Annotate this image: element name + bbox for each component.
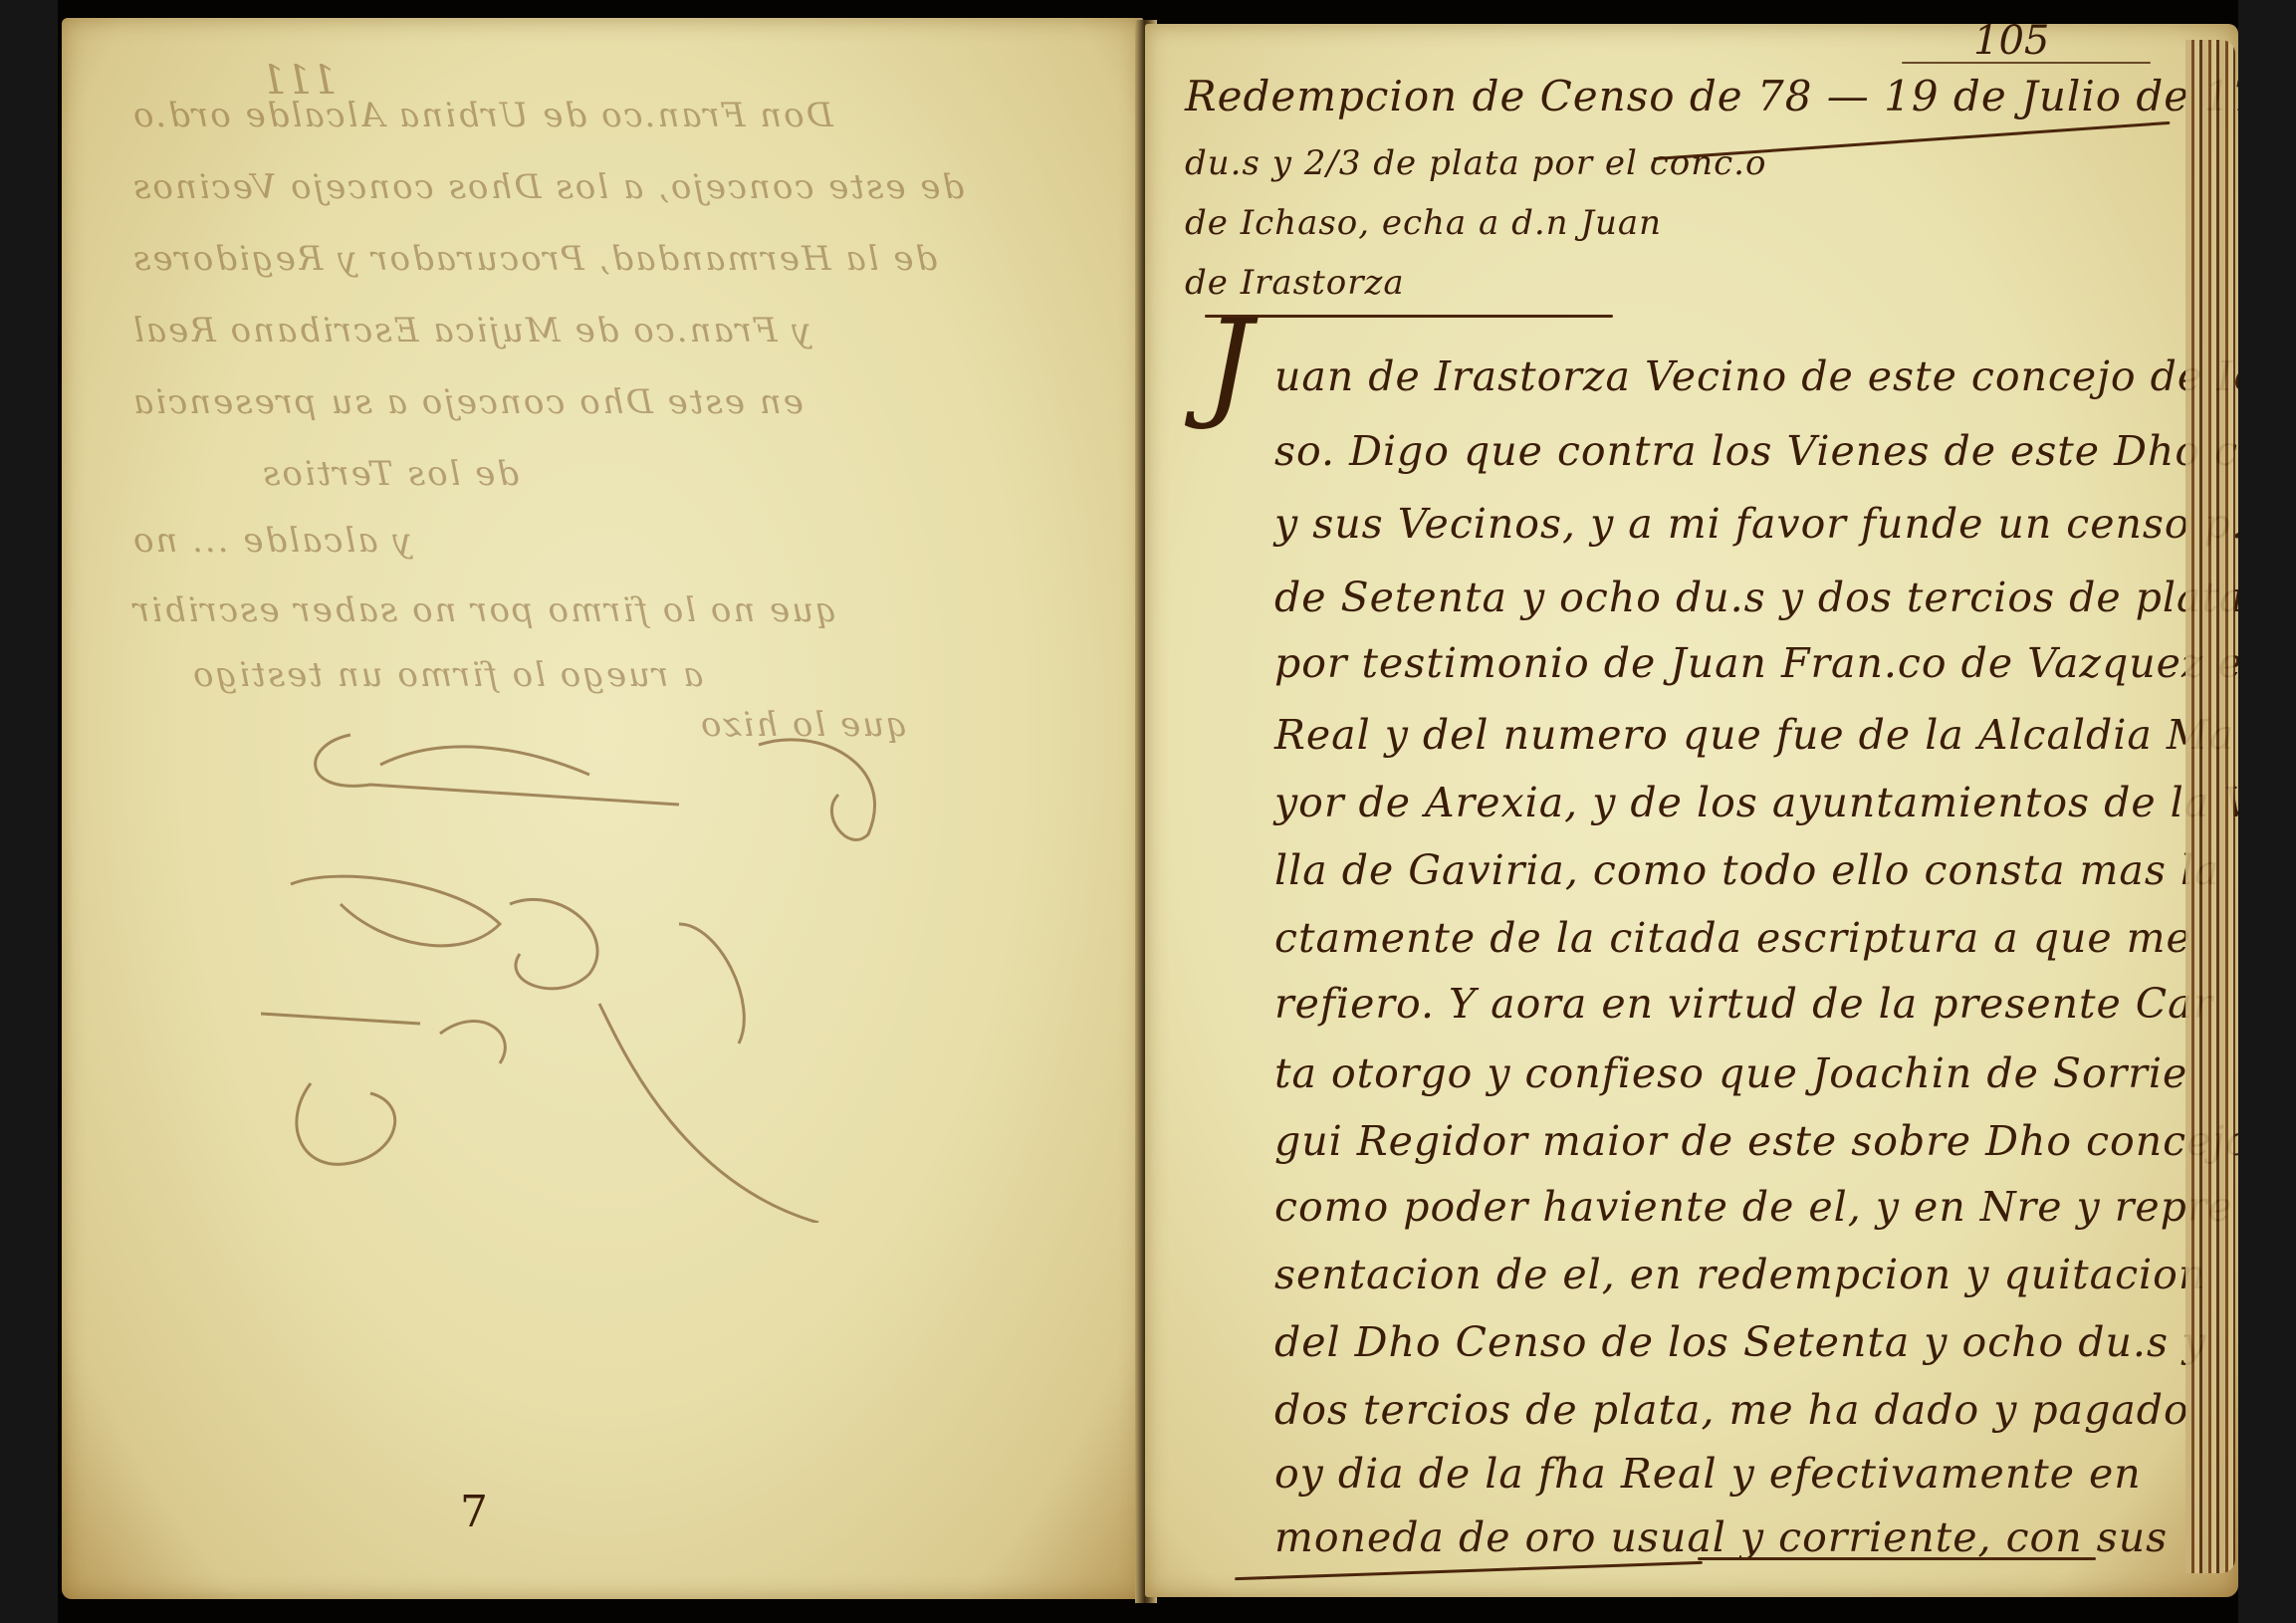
body-line: sentacion de el, en redempcion y quitaci…: [1274, 1251, 2205, 1298]
scan-border-left: [0, 0, 58, 1623]
right-folio: 105: [1973, 24, 2049, 64]
bleed-line: de la Hermandad, Procurador y Regidores: [131, 239, 937, 279]
bleed-line: y Fran.co de Mujica Escribano Real: [131, 311, 811, 350]
closing-rule: [1235, 1561, 1703, 1580]
body-line: moneda de oro usual y corriente, con sus: [1274, 1513, 2168, 1561]
heading-line: du.s y 2/3 de plata por el conc.o: [1185, 143, 1766, 183]
folio-underline: [1902, 62, 2151, 64]
bleed-line: y alcalde ... no: [131, 521, 412, 561]
bleed-line: que no lo firmo por no saber escribir: [131, 590, 837, 630]
scan-border-right: [2238, 0, 2296, 1623]
body-line: y sus Vecinos, y a mi favor funde un cen…: [1274, 500, 2238, 548]
body-line: lla de Gaviria, como todo ello consta ma…: [1274, 846, 2220, 894]
heading-underline: [1205, 315, 1613, 318]
body-line: ctamente de la citada escriptura a que m…: [1274, 914, 2191, 962]
bleed-line: de los Tertios: [261, 454, 519, 494]
heading-line: de Ichaso, echa a d.n Juan: [1185, 203, 1662, 243]
body-line: dos tercios de plata, me ha dado y pagad…: [1274, 1386, 2189, 1434]
body-line: oy dia de la fha Real y efectivamente en: [1274, 1450, 2142, 1498]
bottom-mark: 7: [460, 1487, 488, 1537]
left-page: 111 Don Fran.co de Urbina Alcalde ord.o …: [62, 18, 1143, 1599]
body-line: yor de Arexia, y de los ayuntamientos de…: [1274, 779, 2238, 826]
page-stack-edge: [2185, 40, 2235, 1573]
right-page: 105 Redempcion de Censo de 78 — 19 de Ju…: [1145, 24, 2238, 1597]
bleed-line: Don Fran.co de Urbina Alcalde ord.o: [131, 96, 833, 135]
bleed-line: de este concejo, a los Dhos concejo Veci…: [131, 167, 964, 207]
body-line: como poder haviente de el, y en Nre y re…: [1274, 1183, 2233, 1231]
body-line: de Setenta y ocho du.s y dos tercios de …: [1274, 574, 2238, 621]
closing-rule: [1698, 1557, 2096, 1560]
bleed-line: en este Dho concejo a su presencia: [131, 382, 804, 422]
body-line: gui Regidor maior de este sobre Dho conc…: [1274, 1117, 2238, 1165]
signatures-bleed: [261, 705, 978, 1223]
heading-line: Redempcion de Censo de 78 — 19 de Julio …: [1185, 72, 2238, 120]
bleed-line: a ruego lo firmo un testigo: [191, 655, 703, 695]
body-line: so. Digo que contra los Vienes de este D…: [1274, 427, 2238, 475]
body-line: por testimonio de Juan Fran.co de Vazque…: [1274, 639, 2238, 687]
body-line: del Dho Censo de los Setenta y ocho du.s…: [1274, 1318, 2206, 1366]
body-line: uan de Irastorza Vecino de este concejo …: [1274, 352, 2238, 400]
body-line: Real y del numero que fue de la Alcaldia…: [1274, 711, 2234, 759]
body-line: refiero. Y aora en virtud de la presente…: [1274, 980, 2213, 1028]
drop-cap: J: [1205, 305, 1253, 424]
body-line: ta otorgo y confieso que Joachin de Sorr…: [1274, 1049, 2187, 1097]
